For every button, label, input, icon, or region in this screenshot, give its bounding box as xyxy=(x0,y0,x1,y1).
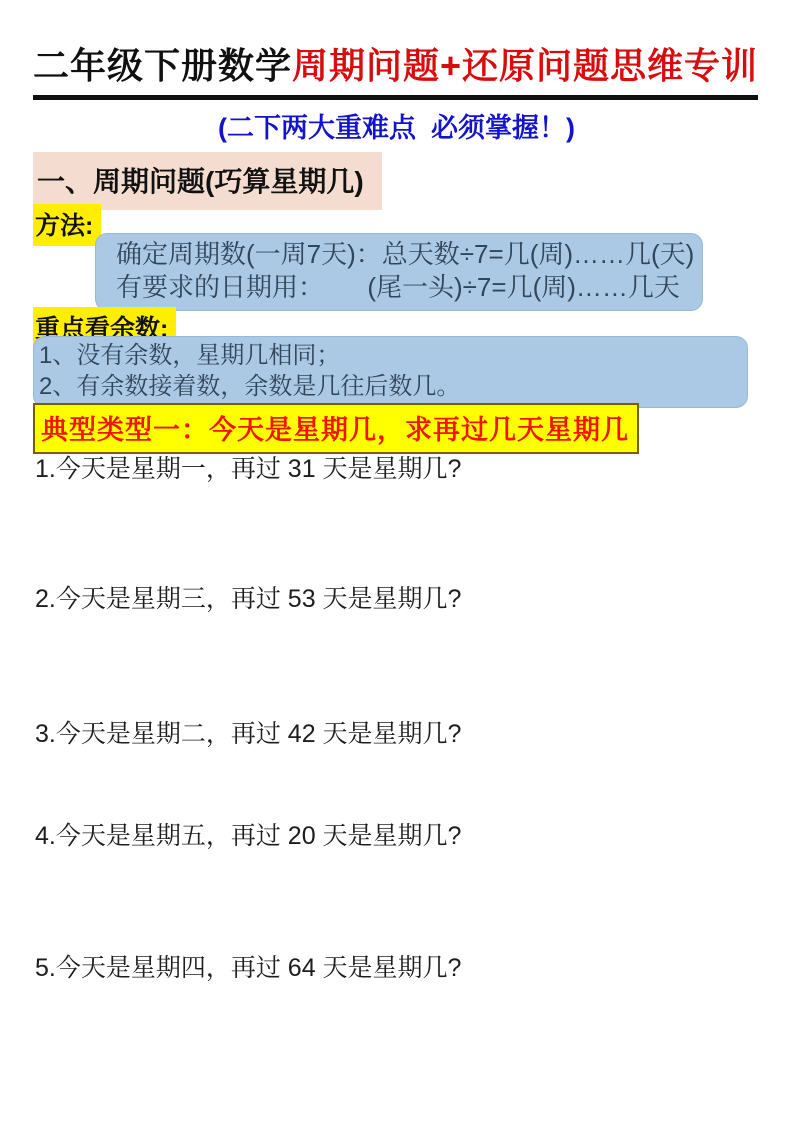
remainder-rule-2: 2、有余数接着数，余数是几往后数几。 xyxy=(39,371,743,402)
remainder-rules-box: 1、没有余数，星期几相同； 2、有余数接着数，余数是几往后数几。 xyxy=(33,336,748,408)
page-title: 二年级下册数学周期问题+还原问题思维专训 xyxy=(33,40,758,100)
method-label: 方法: xyxy=(33,204,101,246)
remainder-rule-1: 1、没有余数，星期几相同； xyxy=(39,340,743,371)
page-subtitle: (二下两大重难点 必须掌握！) xyxy=(0,106,793,145)
typical-type1-heading: 典型类型一：今天是星期几，求再过几天星期几 xyxy=(33,403,639,454)
method-box: 确定周期数(一周7天)：总天数÷7=几(周)……几(天) 有要求的日期用： (尾… xyxy=(95,233,703,311)
method-line-1: 确定周期数(一周7天)：总天数÷7=几(周)……几(天) xyxy=(116,238,694,271)
question-3: 3.今天是星期二，再过 42 天是星期几? xyxy=(35,714,461,750)
question-4: 4.今天是星期五，再过 20 天是星期几? xyxy=(35,816,461,852)
question-2: 2.今天是星期三，再过 53 天是星期几? xyxy=(35,579,461,615)
question-5: 5.今天是星期四，再过 64 天是星期几? xyxy=(35,948,461,984)
section1-heading: 一、周期问题(巧算星期几) xyxy=(33,152,382,210)
page-title-black-part: 二年级下册数学 xyxy=(33,45,292,86)
page-title-red-part: 周期问题+还原问题思维专训 xyxy=(292,45,758,86)
method-line-2: 有要求的日期用： (尾一头)÷7=几(周)……几天 xyxy=(116,271,694,304)
question-1: 1.今天是星期一，再过 31 天是星期几? xyxy=(35,449,461,485)
